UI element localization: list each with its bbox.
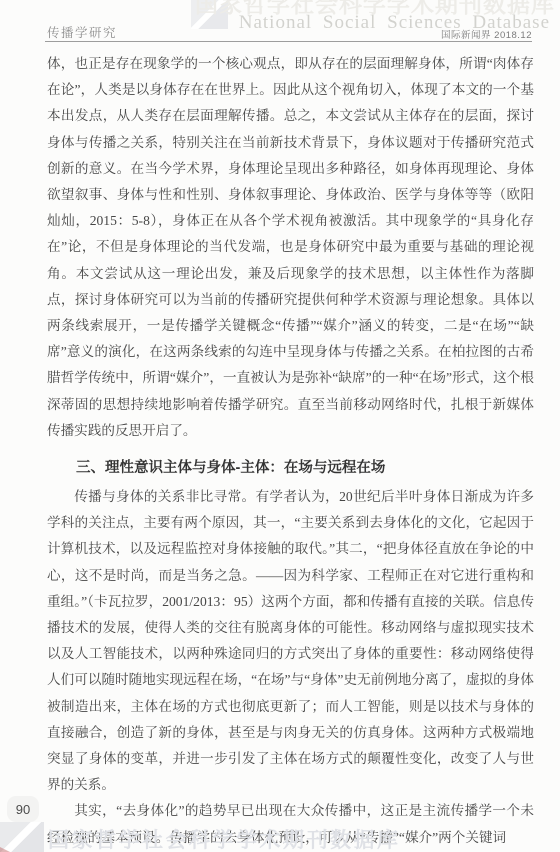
paragraph: 传播与身体的关系非比寻常。有学者认为，20世纪后半叶身体日渐成为许多学科的关注点…	[47, 484, 534, 798]
page-number-badge: 90	[7, 796, 39, 822]
running-header-section-title: 传播学研究	[47, 23, 117, 41]
header-rule	[45, 41, 532, 42]
running-header-issue: 国际新闻界 2018.12	[441, 27, 532, 41]
nssd-logo-red-accent	[0, 844, 14, 852]
watermark-bottom-chinese: 国家哲学社会科学学术期刊数据库	[48, 824, 401, 852]
paragraph-continuation: 体，也正是存在现象学的一个核心观点，即从存在的层面理解身体，所谓“肉体存在论”，…	[47, 51, 534, 444]
section-heading: 三、理性意识主体与身体-主体：在场与远程在场	[47, 456, 534, 480]
article-body: 体，也正是存在现象学的一个核心观点，即从存在的层面理解身体，所谓“肉体存在论”，…	[47, 51, 534, 851]
journal-scan-page: 国家哲学社会科学学术期刊数据库 National Social Sciences…	[0, 0, 560, 852]
